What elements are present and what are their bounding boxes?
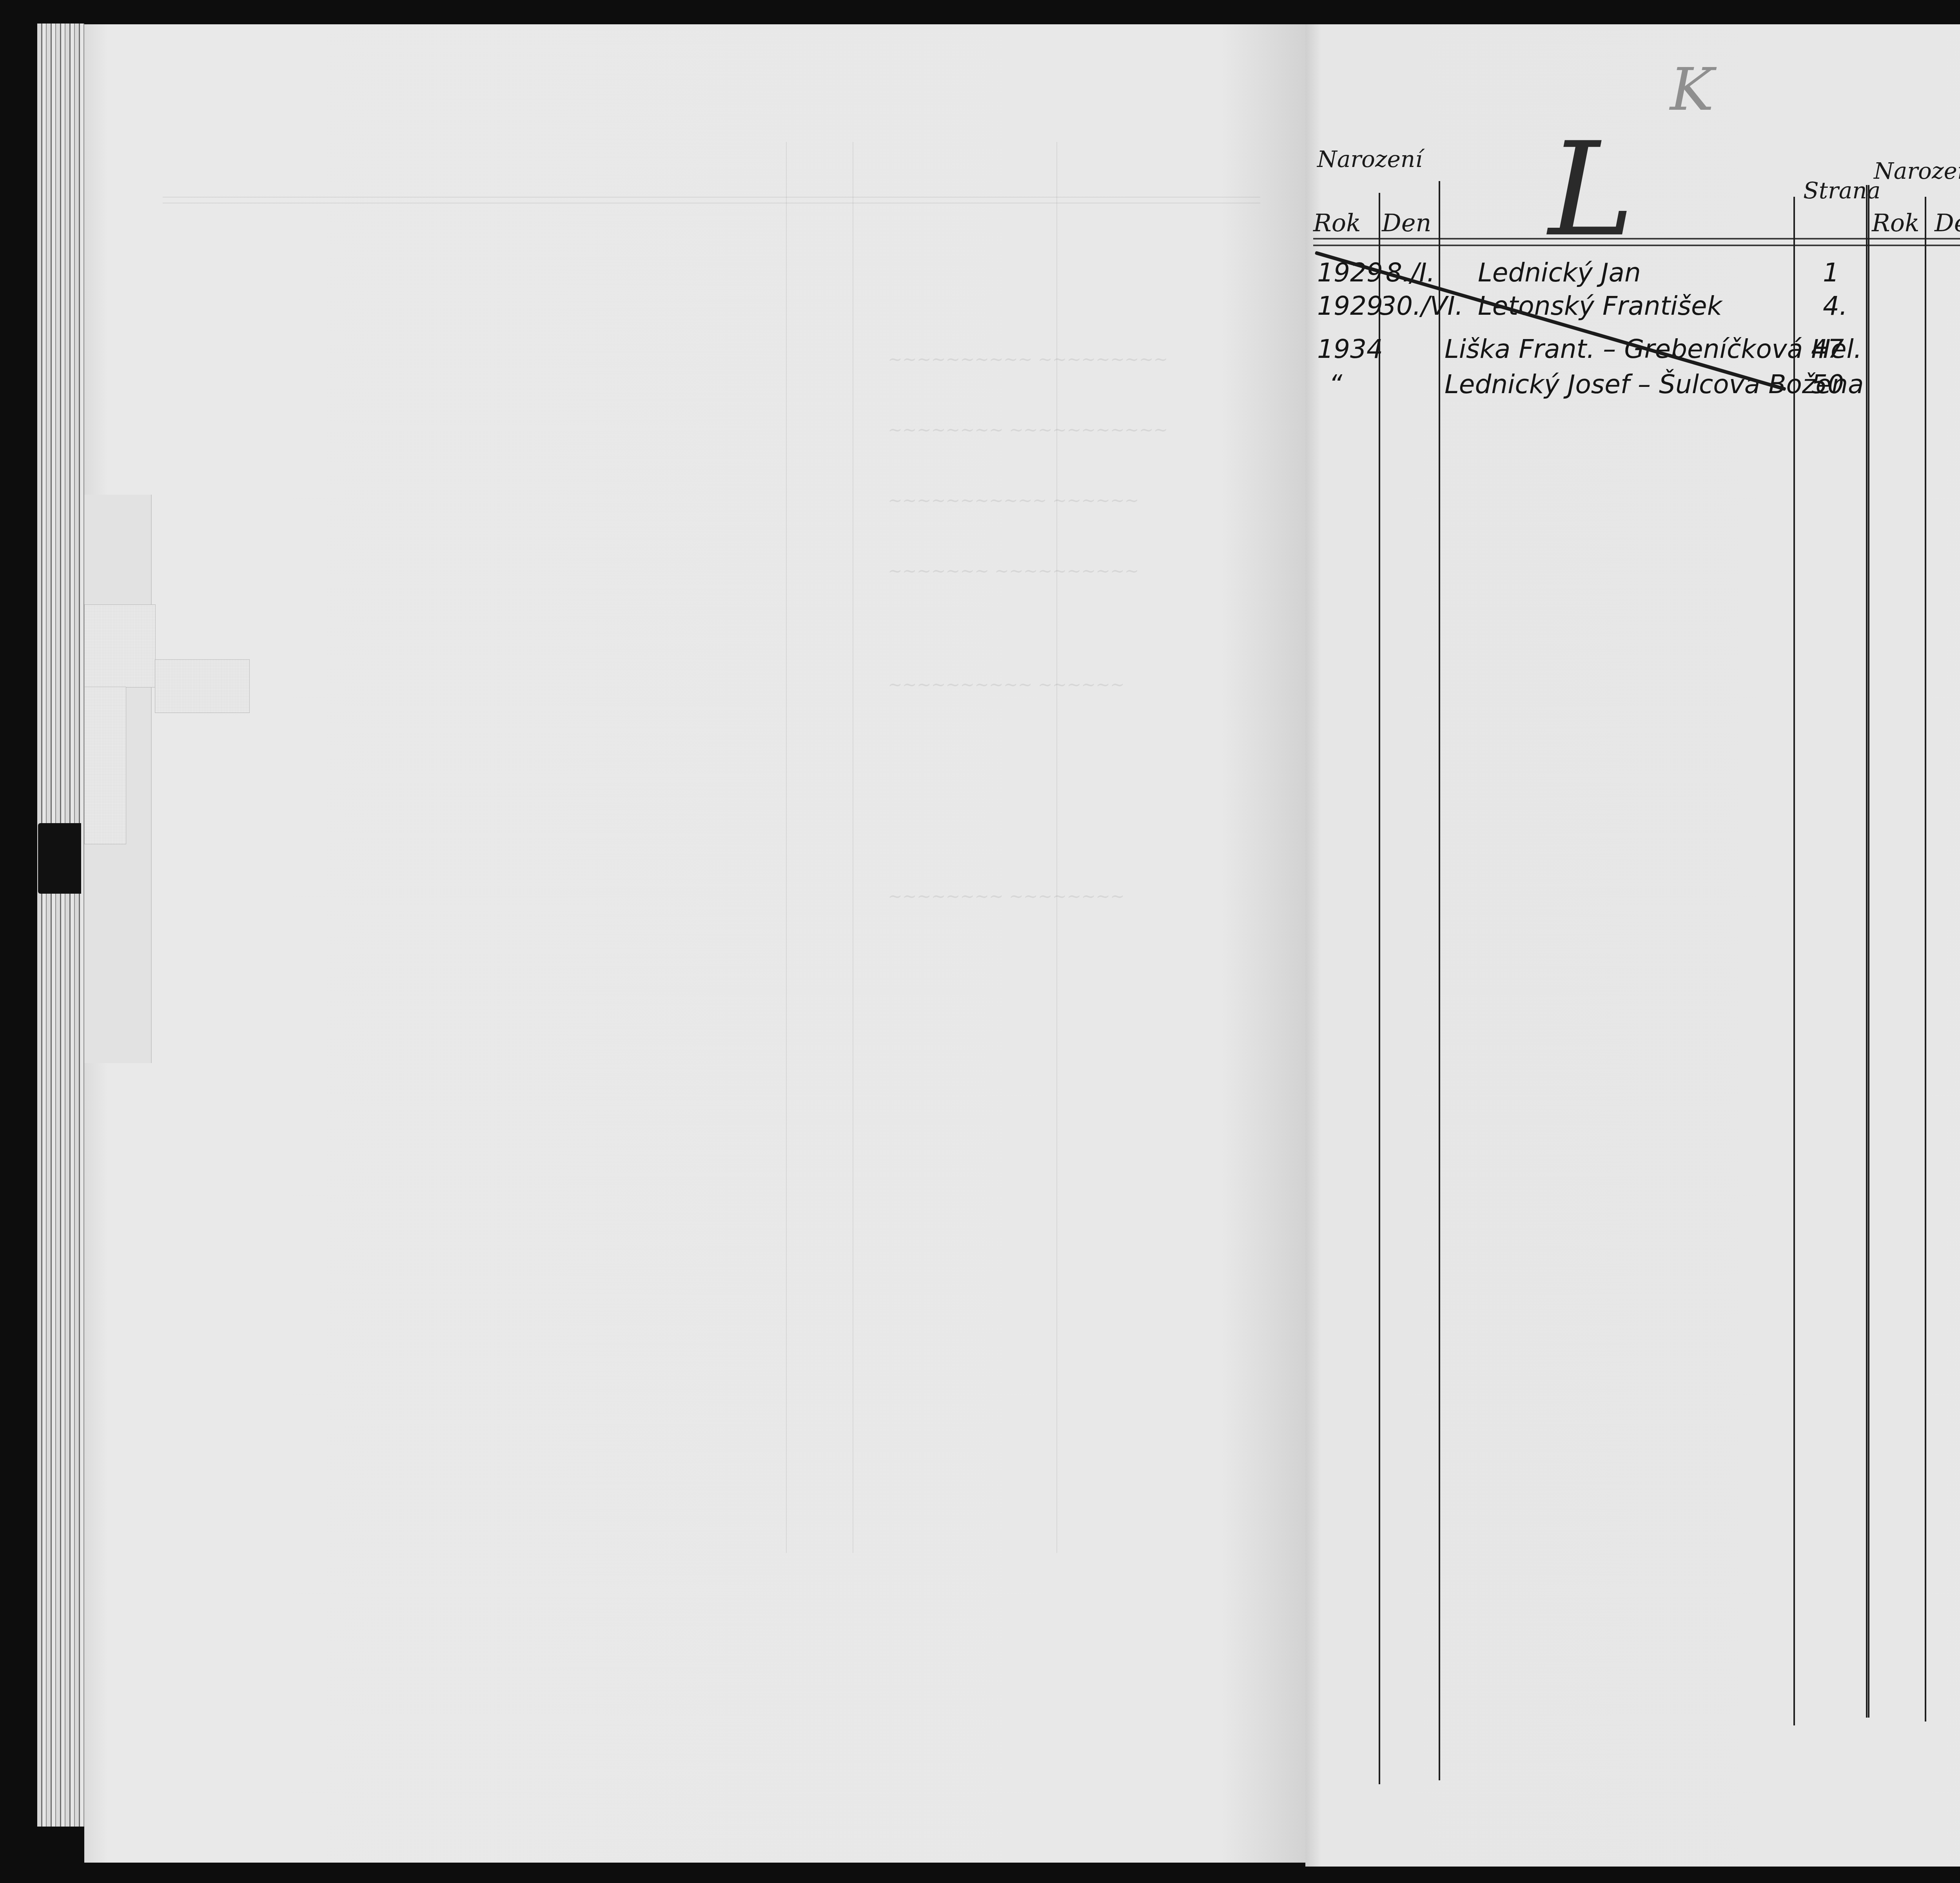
- column-rule: [1439, 181, 1440, 1780]
- entry-page: 47: [1811, 334, 1844, 364]
- bleed-through-column: [853, 142, 853, 1553]
- bleed-through-text: ~~~~~~~~ ~~~~~~~~~~~: [888, 420, 1168, 440]
- ledger-book: ~~~~~~~~~~ ~~~~~~~~~ ~~~~~~~~ ~~~~~~~~~~…: [0, 0, 1960, 1883]
- entry-name: Lednický Jan: [1478, 258, 1641, 288]
- entry-year: 1929: [1317, 291, 1383, 321]
- bleed-through-text: ~~~~~~~~~~ ~~~~~~: [888, 675, 1125, 695]
- entry-name: Letonský František: [1478, 291, 1722, 321]
- bleed-through-rule: [163, 203, 1260, 203]
- bleed-through-text: ~~~~~~~~~~ ~~~~~~~~~: [888, 350, 1168, 370]
- binding-black-tab: [38, 823, 81, 894]
- cloth-repair-scrap: [84, 604, 156, 688]
- bleed-through-rule: [163, 197, 1260, 198]
- column-rule: [1866, 185, 1867, 1718]
- entry-year: “: [1329, 369, 1342, 399]
- header-den-2: Den: [1935, 209, 1960, 237]
- header-rule: [1313, 245, 1960, 246]
- header-rule: [1313, 238, 1960, 239]
- column-rule: [1793, 197, 1795, 1725]
- entry-page: 50: [1811, 369, 1844, 399]
- bleed-through-text: ~~~~~~~~~~~ ~~~~~~: [888, 491, 1139, 511]
- entry-page: 1: [1823, 258, 1839, 288]
- bleed-through-text: ~~~~~~~~ ~~~~~~~~: [888, 887, 1125, 907]
- bleed-through-column: [786, 142, 787, 1553]
- bleed-through-text: ~~~~~~~ ~~~~~~~~~~: [888, 561, 1139, 581]
- header-den: Den: [1382, 209, 1431, 237]
- cloth-repair-scrap: [155, 659, 250, 713]
- entry-page: 4.: [1823, 291, 1847, 321]
- column-rule: [1379, 193, 1380, 1784]
- column-rule: [1868, 185, 1869, 1718]
- left-page: ~~~~~~~~~~ ~~~~~~~~~ ~~~~~~~~ ~~~~~~~~~~…: [84, 24, 1307, 1863]
- header-narozeni-2: Narození: [1874, 158, 1960, 184]
- right-page: K Narození Rok Den L Strana Narození Rok…: [1305, 24, 1960, 1867]
- cloth-repair-scrap: [84, 687, 126, 844]
- entry-name: Lednický Josef – Šulcova Božena: [1445, 369, 1864, 399]
- header-rok: Rok: [1313, 209, 1361, 237]
- section-letter-l: L: [1548, 114, 1634, 265]
- entry-year: 1934: [1317, 334, 1383, 364]
- header-rok-2: Rok: [1872, 209, 1920, 237]
- page-edge-stack: [37, 24, 84, 1827]
- entry-day: 30./VI.: [1380, 291, 1463, 321]
- column-rule: [1925, 197, 1926, 1722]
- pencil-letter-k: K: [1670, 56, 1714, 124]
- header-narozeni: Narození: [1317, 146, 1423, 172]
